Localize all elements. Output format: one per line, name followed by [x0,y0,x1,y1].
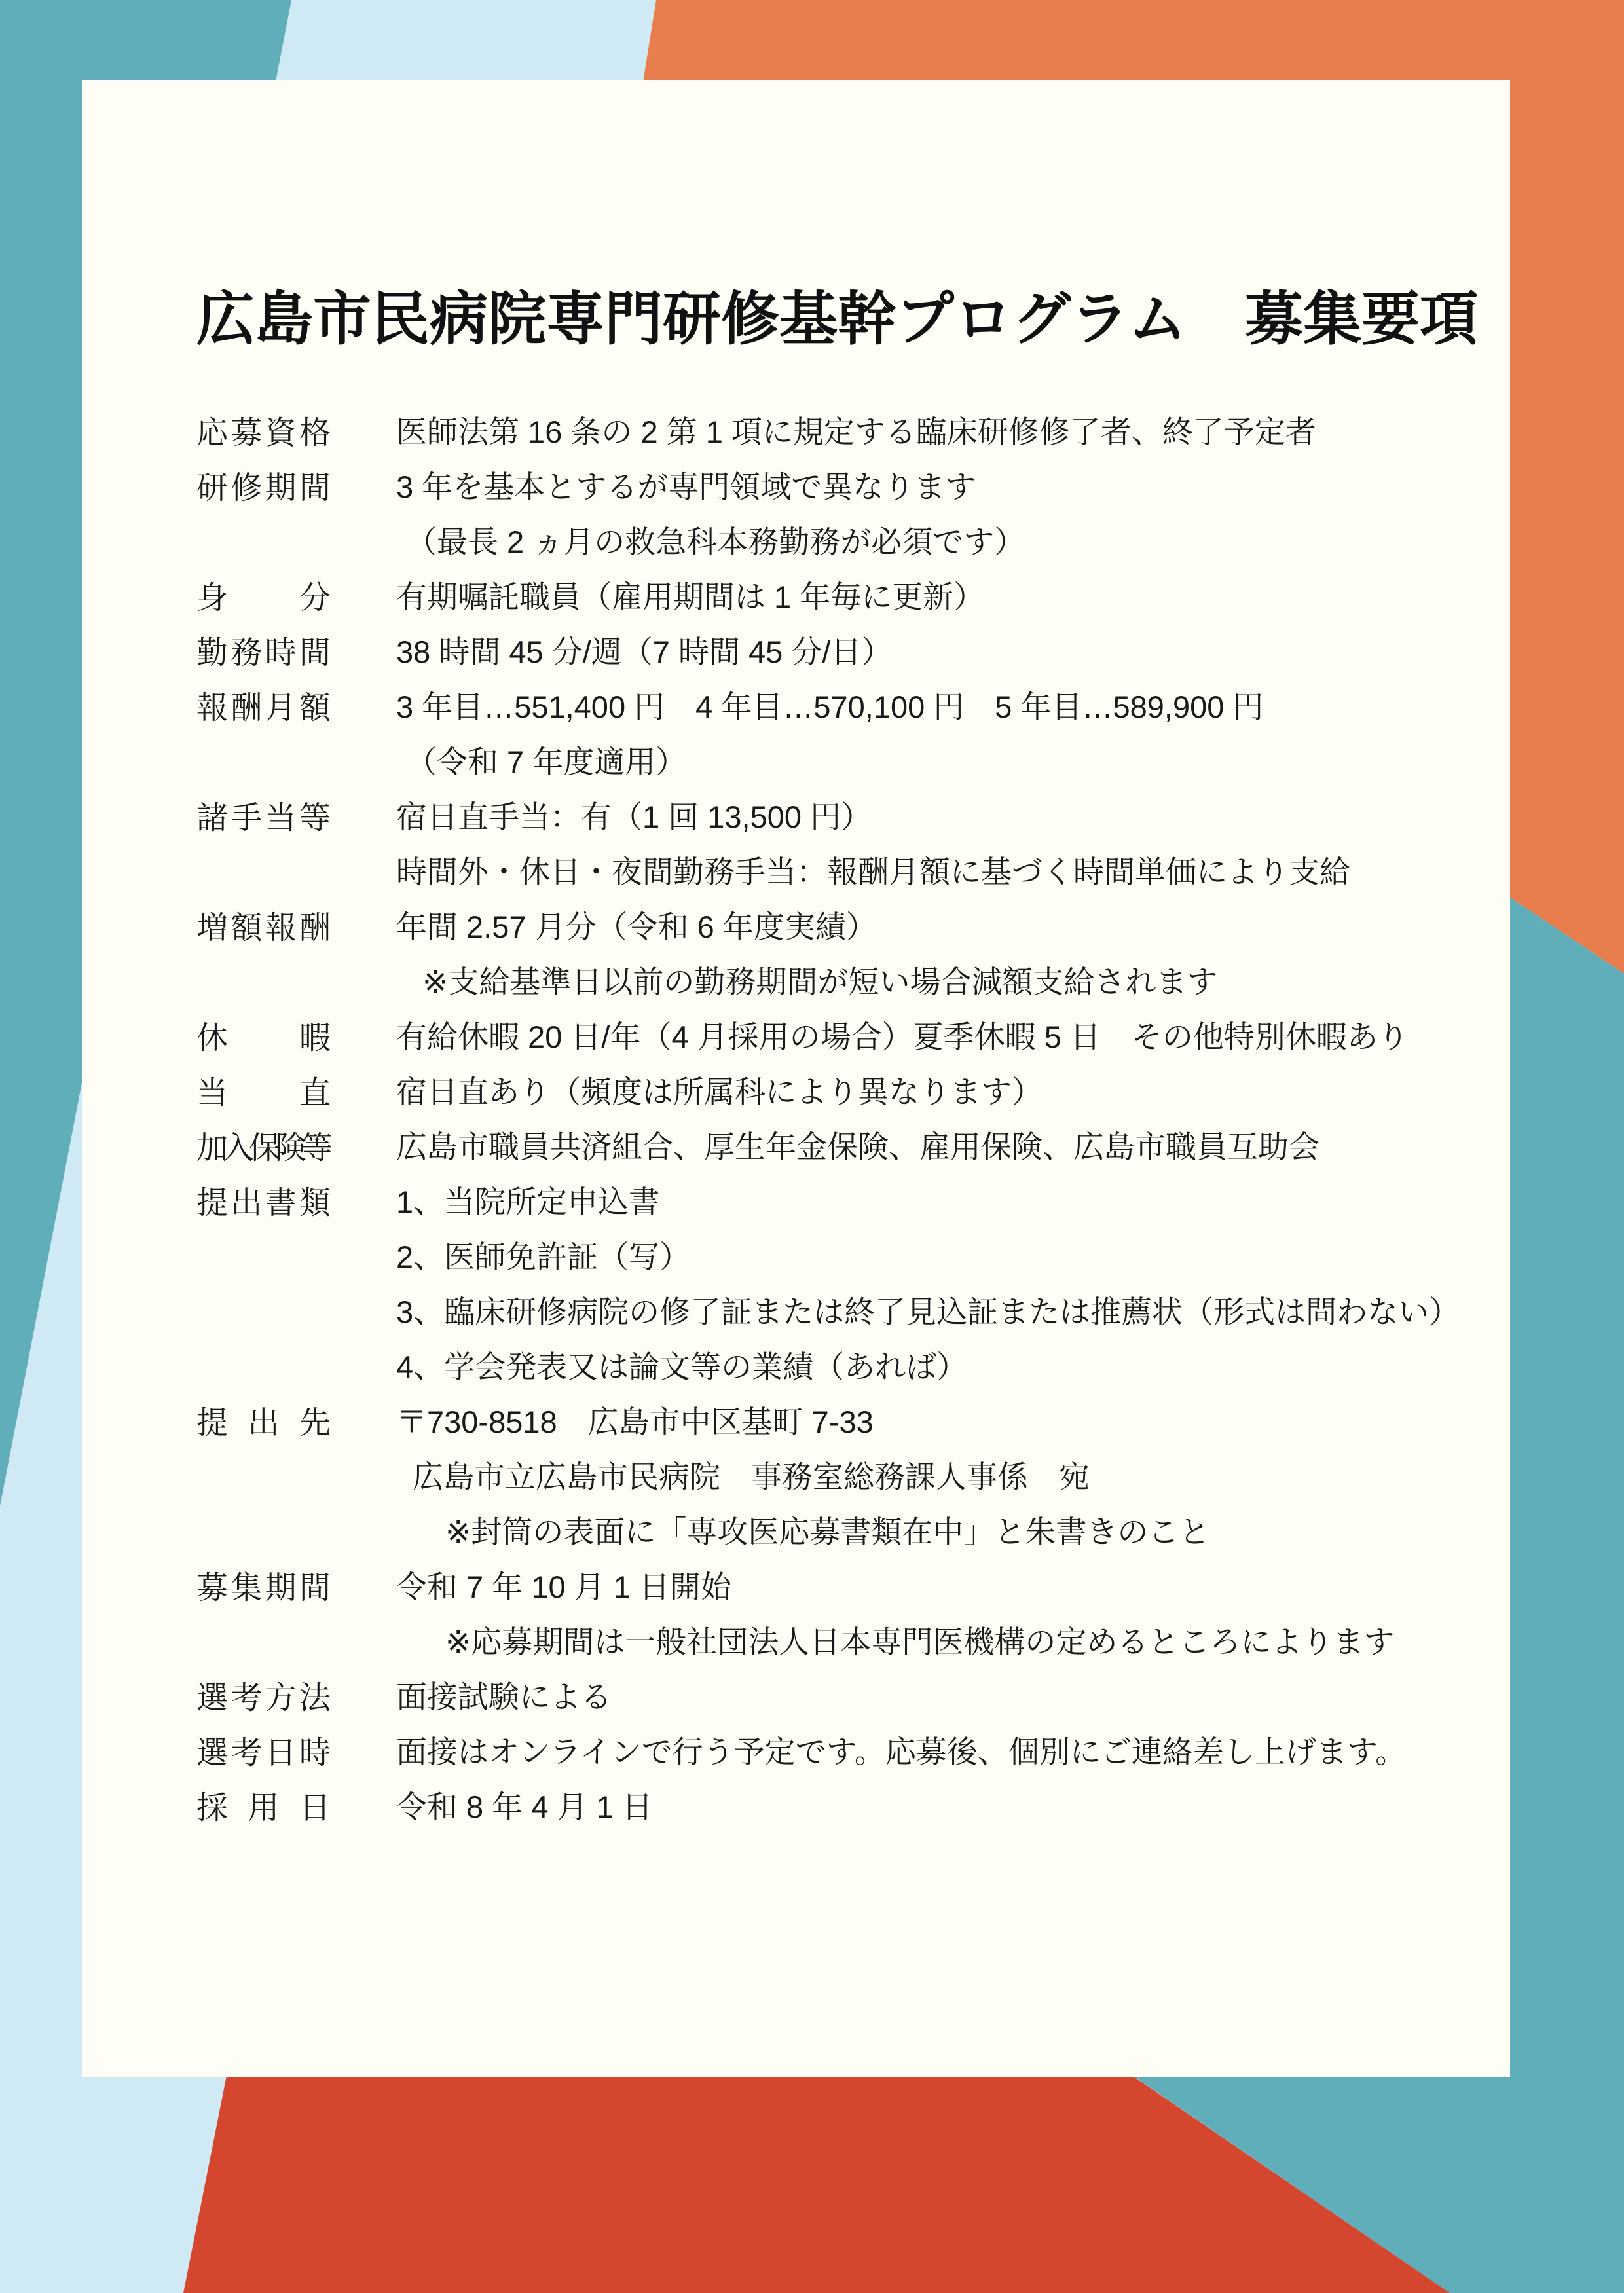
table-row: 勤務時間38 時間 45 分/週（7 時間 45 分/日） [196,622,1480,677]
row-value: 面接試験による [396,1673,612,1717]
row-value: 有期嘱託職員（雇用期間は 1 年毎に更新） [396,573,984,617]
row-value: 38 時間 45 分/週（7 時間 45 分/日） [396,628,892,672]
table-row: 3、臨床研修病院の修了証または終了見込証または推薦状（形式は問わない） [196,1282,1480,1337]
table-row: 提出書類1、当院所定申込書 [196,1172,1480,1227]
row-label: 当直 [196,1067,331,1112]
row-value: 4、学会発表又は論文等の業績（あれば） [396,1343,967,1387]
table-row: （令和 7 年度適用） [196,732,1480,787]
row-value: 3 年を基本とするが専門領域で異なります [396,463,976,507]
table-row: 募集期間令和 7 年 10 月 1 日開始 [196,1557,1480,1612]
row-value: 宿日直手当：有（1 回 13,500 円） [396,793,872,837]
table-row: ※支給基準日以前の勤務期間が短い場合減額支給されます [196,952,1480,1007]
row-value: 年間 2.57 月分（令和 6 年度実績） [396,903,877,947]
row-label: 提出先 [196,1397,331,1442]
flyer-page: 広島市民病院専門研修基幹プログラム 募集要項 応募資格医師法第 16 条の 2 … [0,0,1624,2293]
row-label: 報酬月額 [196,682,331,727]
table-row: 研修期間3 年を基本とするが専門領域で異なります [196,457,1480,512]
row-value: 1、当院所定申込書 [396,1178,659,1222]
row-label: 選考方法 [196,1672,331,1717]
row-value: 医師法第 16 条の 2 第 1 項に規定する臨床研修修了者、終了予定者 [396,408,1316,452]
row-label: 加入保険等 [196,1122,331,1167]
requirements-table: 応募資格医師法第 16 条の 2 第 1 項に規定する臨床研修修了者、終了予定者… [196,402,1480,1832]
table-row: （最長 2 ヵ月の救急科本務勤務が必須です） [196,512,1480,567]
table-row: 報酬月額3 年目…551,400 円 4 年目…570,100 円 5 年目…5… [196,677,1480,732]
document-card: 広島市民病院専門研修基幹プログラム 募集要項 応募資格医師法第 16 条の 2 … [82,80,1510,2077]
table-row: 提出先〒730-8518 広島市中区基町 7-33 [196,1392,1480,1447]
table-row: ※封筒の表面に「専攻医応募書類在中」と朱書きのこと [196,1502,1480,1557]
table-row: ※応募期間は一般社団法人日本専門医機構の定めるところによります [196,1612,1480,1667]
table-row: 選考方法面接試験による [196,1667,1480,1722]
table-row: 当直宿日直あり（頻度は所属科により異なります） [196,1062,1480,1117]
row-label: 提出書類 [196,1177,331,1222]
table-row: 選考日時面接はオンラインで行う予定です。応募後、個別にご連絡差し上げます。 [196,1722,1480,1777]
table-row: 広島市立広島市民病院 事務室総務課人事係 宛 [196,1447,1480,1502]
row-value: 令和 8 年 4 月 1 日 [396,1783,653,1827]
row-value: （最長 2 ヵ月の救急科本務勤務が必須です） [406,518,1025,562]
row-label: 採用日 [196,1782,331,1827]
row-label: 応募資格 [196,407,331,452]
table-row: 休暇有給休暇 20 日/年（4 月採用の場合）夏季休暇 5 日 その他特別休暇あ… [196,1007,1480,1062]
row-value: 有給休暇 20 日/年（4 月採用の場合）夏季休暇 5 日 その他特別休暇あり [396,1013,1409,1057]
table-row: 4、学会発表又は論文等の業績（あれば） [196,1337,1480,1392]
table-row: 採用日令和 8 年 4 月 1 日 [196,1777,1480,1832]
row-label: 身分 [196,572,331,617]
row-label: 勤務時間 [196,627,331,672]
row-value: 面接はオンラインで行う予定です。応募後、個別にご連絡差し上げます。 [396,1728,1406,1772]
row-value: 宿日直あり（頻度は所属科により異なります） [396,1068,1043,1112]
row-value: 広島市職員共済組合、厚生年金保険、雇用保険、広島市職員互助会 [396,1123,1319,1167]
table-row: 諸手当等宿日直手当：有（1 回 13,500 円） [196,787,1480,842]
table-row: 応募資格医師法第 16 条の 2 第 1 項に規定する臨床研修修了者、終了予定者 [196,402,1480,457]
page-title: 広島市民病院専門研修基幹プログラム 募集要項 [196,273,1478,356]
row-label: 選考日時 [196,1727,331,1772]
row-label: 休暇 [196,1012,331,1057]
row-value: 時間外・休日・夜間勤務手当：報酬月額に基づく時間単価により支給 [396,848,1350,892]
row-value: ※応募期間は一般社団法人日本専門医機構の定めるところによります [445,1618,1394,1662]
row-value: ※支給基準日以前の勤務期間が短い場合減額支給されます [422,958,1217,1002]
table-row: 加入保険等広島市職員共済組合、厚生年金保険、雇用保険、広島市職員互助会 [196,1117,1480,1172]
row-label: 募集期間 [196,1562,331,1607]
row-label: 増額報酬 [196,902,331,947]
table-row: 時間外・休日・夜間勤務手当：報酬月額に基づく時間単価により支給 [196,842,1480,897]
table-row: 2、医師免許証（写） [196,1227,1480,1282]
row-value: 〒730-8518 広島市中区基町 7-33 [396,1398,874,1442]
row-value: ※封筒の表面に「専攻医応募書類在中」と朱書きのこと [445,1508,1209,1552]
row-value: （令和 7 年度適用） [406,738,686,782]
row-value: 2、医師免許証（写） [396,1233,690,1277]
table-row: 身分有期嘱託職員（雇用期間は 1 年毎に更新） [196,567,1480,622]
row-value: 令和 7 年 10 月 1 日開始 [396,1563,731,1607]
row-label: 研修期間 [196,462,331,507]
row-value: 3、臨床研修病院の修了証または終了見込証または推薦状（形式は問わない） [396,1288,1460,1332]
row-label: 諸手当等 [196,792,331,837]
row-value: 広島市立広島市民病院 事務室総務課人事係 宛 [413,1453,1090,1497]
row-value: 3 年目…551,400 円 4 年目…570,100 円 5 年目…589,9… [396,683,1263,727]
table-row: 増額報酬年間 2.57 月分（令和 6 年度実績） [196,897,1480,952]
